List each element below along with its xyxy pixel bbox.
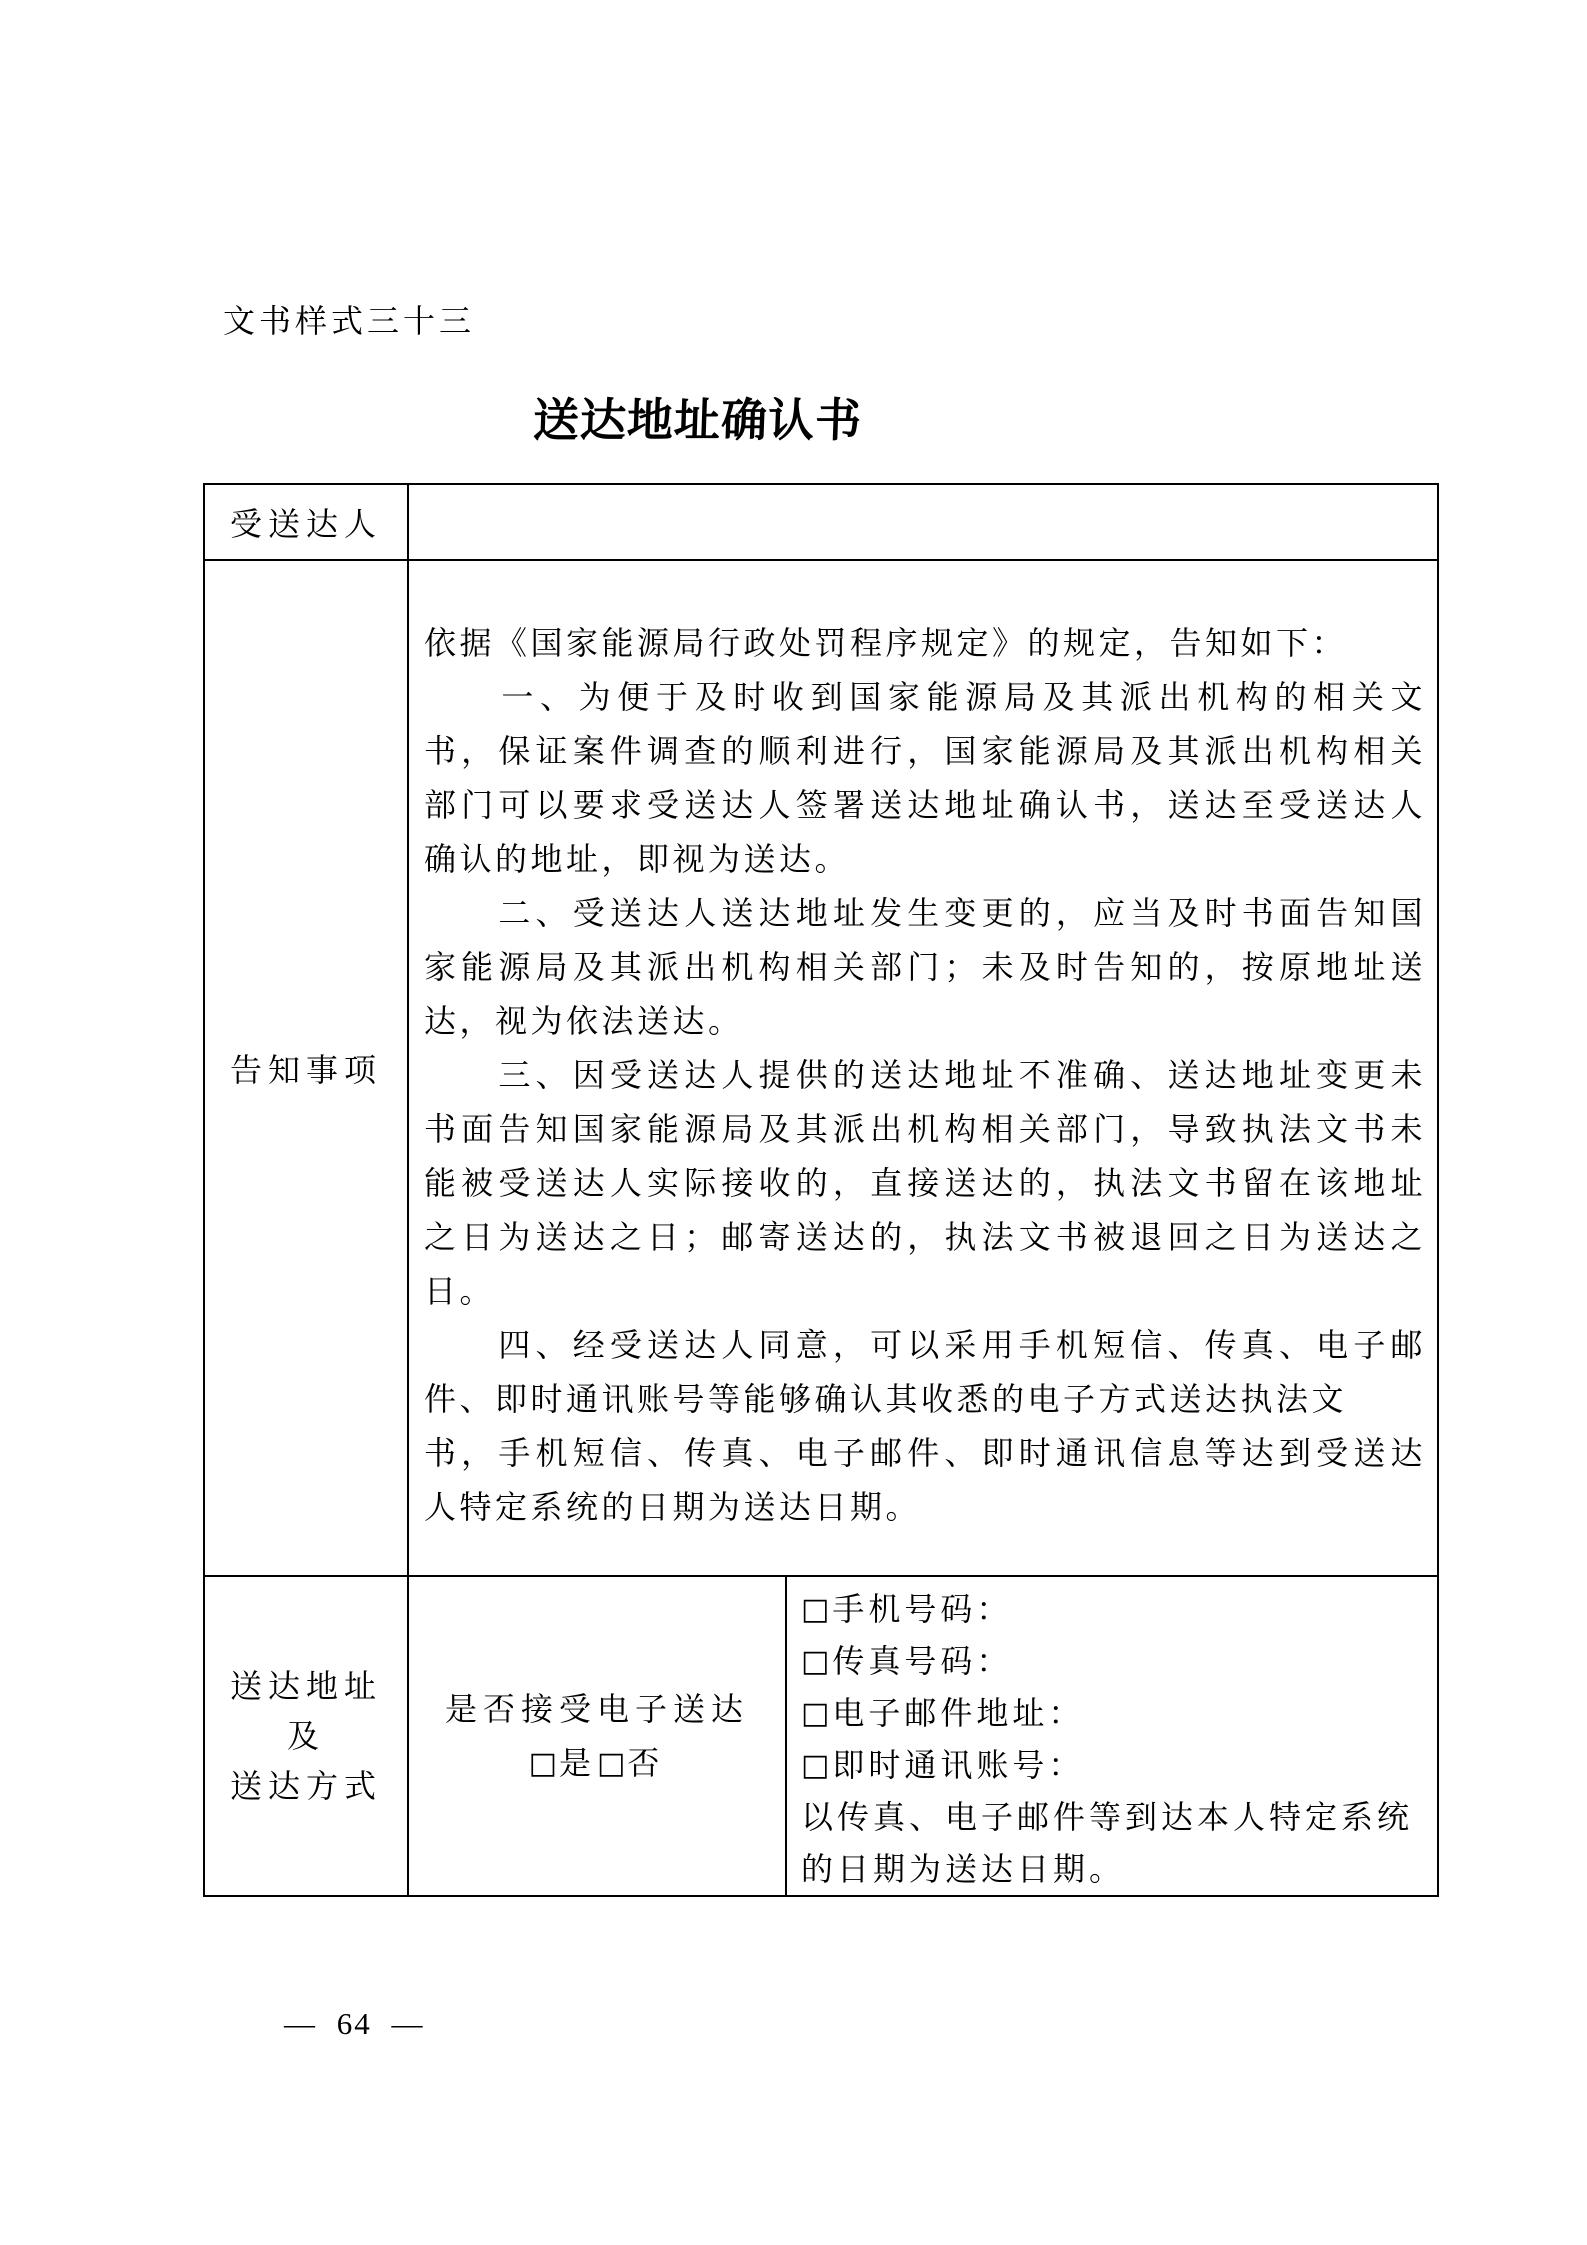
notice-line: 确认的地址，即视为送达。 (424, 832, 1426, 886)
notice-line: 依据《国家能源局行政处罚程序规定》的规定，告知如下： (424, 616, 1426, 670)
address-label: 送达地址及送达方式 (205, 1577, 407, 1895)
notice-line: 件、即时通讯账号等能够确认其收悉的电子方式送达执法文 (424, 1372, 1426, 1426)
notice-content: 依据《国家能源局行政处罚程序规定》的规定，告知如下： 一、为便于及时收到国家能源… (407, 561, 1437, 1575)
notice-line: 部门可以要求受送达人签署送达地址确认书，送达至受送达人 (424, 778, 1426, 832)
doc-title: 送达地址确认书 (532, 390, 863, 452)
checkbox-icon: □ (529, 1749, 557, 1779)
electronic-consent-cell: 是否接受电子送达 □是□否 (407, 1577, 785, 1895)
address-label-line: 及 (287, 1711, 325, 1761)
checkbox-icon: □ (801, 1595, 829, 1625)
notice-line: 能被受送达人实际接收的，直接送达的，执法文书留在该地址 (424, 1156, 1426, 1210)
method-label: 传真号码： (832, 1635, 1012, 1687)
method-item: 以传真、电子邮件等到达本人特定系统 (801, 1791, 1429, 1843)
checkbox-icon: □ (801, 1751, 829, 1781)
method-item: □手机号码： (801, 1583, 1429, 1635)
notice-line: 书面告知国家能源局及其派出机构相关部门，导致执法文书未 (424, 1102, 1426, 1156)
document-page: 文书样式三十三 送达地址确认书 受送达人 告知事项 依据《国家能源局行政处罚程序… (0, 0, 1587, 2245)
confirmation-table: 受送达人 告知事项 依据《国家能源局行政处罚程序规定》的规定，告知如下： 一、为… (203, 483, 1439, 1897)
notice-line: 人特定系统的日期为送达日期。 (424, 1480, 1426, 1534)
method-label: 即时通讯账号： (832, 1739, 1084, 1791)
electronic-options: □是□否 (529, 1736, 666, 1790)
method-item: □即时通讯账号： (801, 1739, 1429, 1791)
notice-line: 二、受送达人送达地址发生变更的，应当及时书面告知国 (424, 886, 1426, 940)
electronic-question: 是否接受电子送达 (445, 1682, 749, 1736)
option-label: 是 (559, 1736, 597, 1790)
doc-style-label: 文书样式三十三 (223, 301, 475, 341)
option-label: 否 (627, 1736, 665, 1790)
method-item: □传真号码： (801, 1635, 1429, 1687)
method-item: □电子邮件地址： (801, 1687, 1429, 1739)
notice-label: 告知事项 (205, 561, 407, 1575)
method-label: 的日期为送达日期。 (801, 1843, 1125, 1895)
notice-row: 告知事项 依据《国家能源局行政处罚程序规定》的规定，告知如下： 一、为便于及时收… (205, 559, 1437, 1575)
method-label: 电子邮件地址： (832, 1687, 1084, 1739)
checkbox-icon: □ (801, 1647, 829, 1677)
notice-line: 三、因受送达人提供的送达地址不准确、送达地址变更未 (424, 1048, 1426, 1102)
recipient-row: 受送达人 (205, 485, 1437, 559)
recipient-value (407, 485, 1437, 559)
checkbox-icon: □ (801, 1699, 829, 1729)
recipient-label: 受送达人 (205, 485, 407, 559)
notice-line: 之日为送达之日；邮寄送达的，执法文书被退回之日为送达之 (424, 1210, 1426, 1264)
notice-line: 日。 (424, 1264, 1426, 1318)
method-label: 手机号码： (832, 1583, 1012, 1635)
address-label-line: 送达方式 (230, 1761, 382, 1811)
address-row: 送达地址及送达方式 是否接受电子送达 □是□否 □手机号码：□传真号码：□电子邮… (205, 1575, 1437, 1895)
method-item: 的日期为送达日期。 (801, 1843, 1429, 1895)
notice-line: 书，手机短信、传真、电子邮件、即时通讯信息等达到受送达 (424, 1426, 1426, 1480)
notice-line: 一、为便于及时收到国家能源局及其派出机构的相关文 (424, 670, 1426, 724)
notice-line: 达，视为依法送达。 (424, 994, 1426, 1048)
notice-line: 四、经受送达人同意，可以采用手机短信、传真、电子邮 (424, 1318, 1426, 1372)
page-number: — 64 — (284, 2006, 425, 2042)
method-label: 以传真、电子邮件等到达本人特定系统 (801, 1791, 1413, 1843)
address-label-line: 送达地址 (230, 1661, 382, 1711)
contact-methods-cell: □手机号码：□传真号码：□电子邮件地址：□即时通讯账号：以传真、电子邮件等到达本… (785, 1577, 1437, 1895)
notice-line: 家能源局及其派出机构相关部门；未及时告知的，按原地址送 (424, 940, 1426, 994)
checkbox-icon: □ (597, 1749, 625, 1779)
notice-line: 书，保证案件调查的顺利进行，国家能源局及其派出机构相关 (424, 724, 1426, 778)
